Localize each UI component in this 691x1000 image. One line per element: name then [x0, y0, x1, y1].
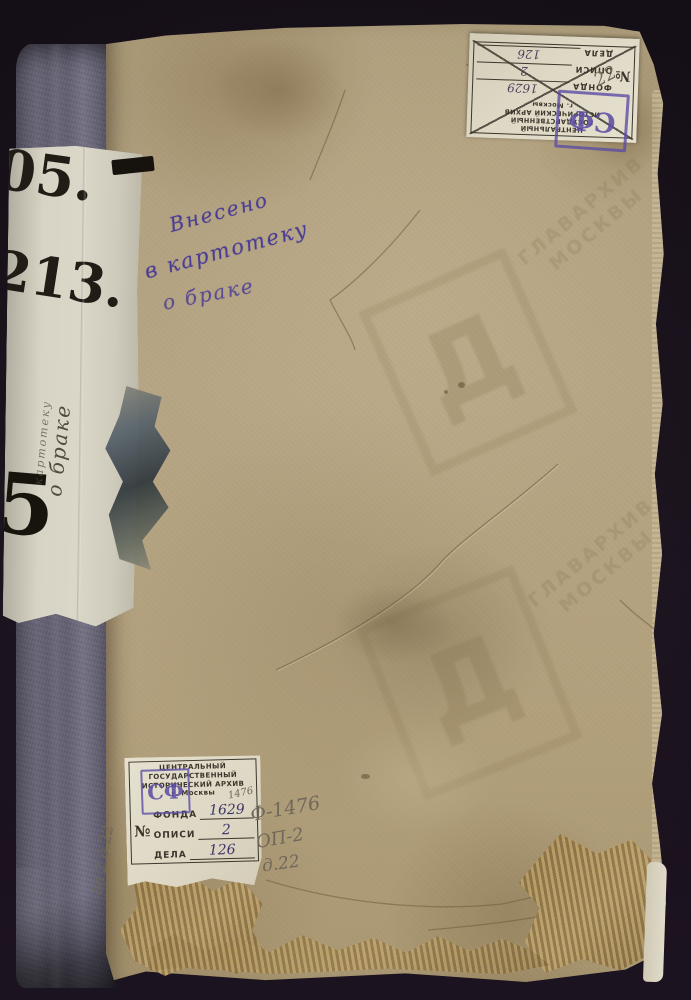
ink-annotation-line: в картотеку	[142, 217, 311, 284]
stamp-no-sign: №	[134, 822, 151, 840]
sf-purple-stamp: СФ	[554, 90, 630, 153]
archival-cover-photo: Д Д ГЛАВАРХИВ МОСКВЫ ГЛАВАРХИВ МОСКВЫ	[0, 0, 691, 1000]
stain	[216, 38, 346, 143]
stamp-field-value: 2	[198, 822, 254, 839]
ink-annotation-line: о браке	[161, 273, 257, 314]
ink-annotation: Внесено в картотеку о браке	[142, 198, 342, 328]
curled-paper-edge	[643, 862, 667, 983]
stamp-field-value: 126	[189, 842, 254, 860]
archive-text-watermark: ГЛАВАРХИВ МОСКВЫ	[513, 151, 665, 289]
stencil-number: 05.	[0, 141, 98, 210]
stain	[334, 584, 454, 664]
stamp-field-label: ОПИСИ	[154, 830, 196, 841]
stamp-field-value: 1629	[200, 802, 254, 819]
sf-purple-stamp: СФ	[140, 768, 191, 815]
watermark-letter: Д	[401, 287, 535, 436]
page-block-edge	[652, 90, 663, 902]
stain	[336, 724, 496, 834]
stamp-field-label: ДЕЛА	[154, 850, 187, 861]
stencil-number: 213.	[0, 242, 128, 315]
